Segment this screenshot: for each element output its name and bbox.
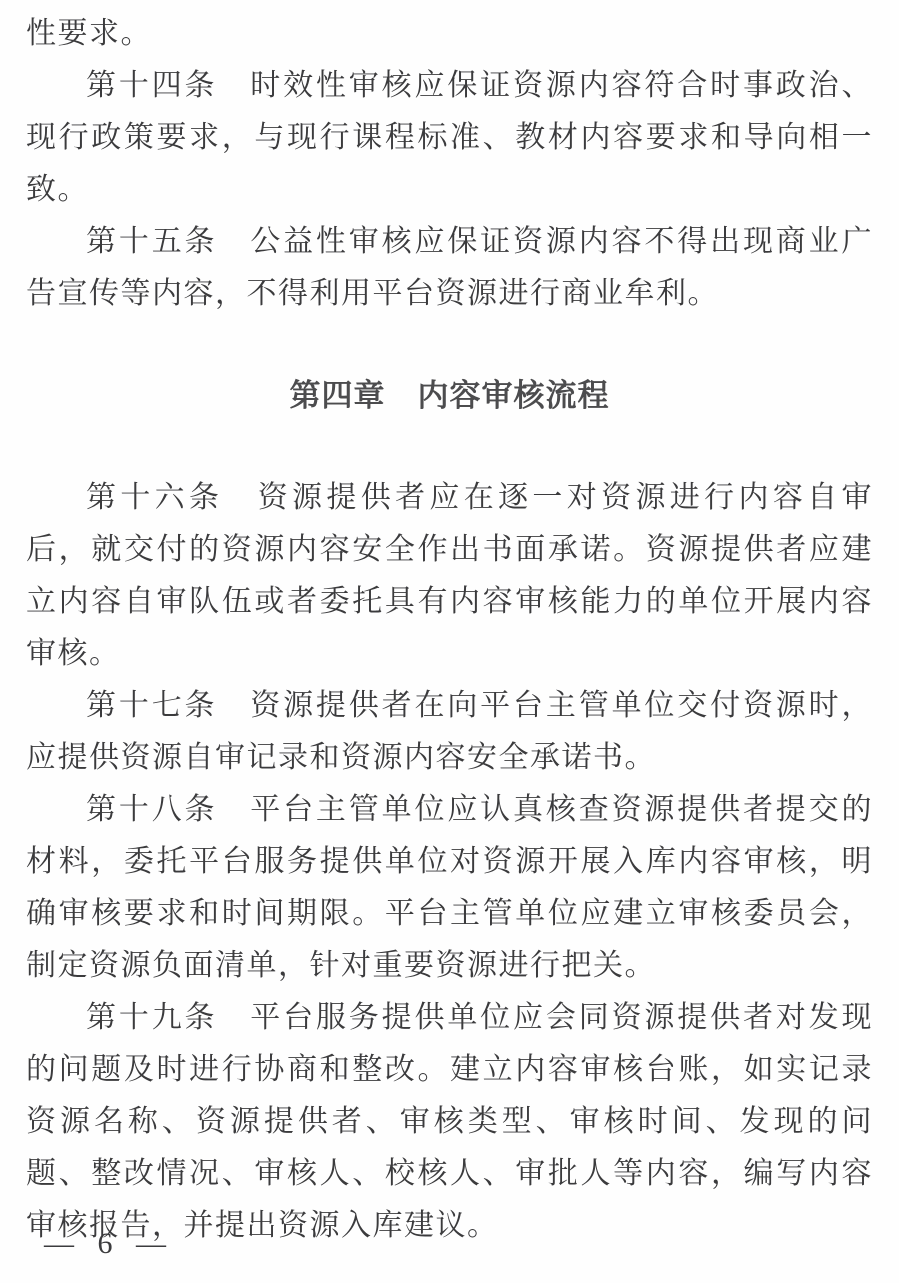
document-page: 性要求。第十四条 时效性审核应保证资源内容符合时事政治、现行政策要求，与现行课程… bbox=[0, 0, 899, 1283]
paragraph: 第十六条 资源提供者应在逐一对资源进行内容自审后，就交付的资源内容安全作出书面承… bbox=[26, 472, 873, 680]
paragraph: 第十八条 平台主管单位应认真核查资源提供者提交的材料，委托平台服务提供单位对资源… bbox=[26, 784, 873, 992]
paragraph: 第十四条 时效性审核应保证资源内容符合时事政治、现行政策要求，与现行课程标准、教… bbox=[26, 60, 873, 216]
paragraph: 第十九条 平台服务提供单位应会同资源提供者对发现的问题及时进行协商和整改。建立内… bbox=[26, 992, 873, 1252]
document-body: 性要求。第十四条 时效性审核应保证资源内容符合时事政治、现行政策要求，与现行课程… bbox=[26, 8, 873, 1252]
paragraph: 第十七条 资源提供者在向平台主管单位交付资源时，应提供资源自审记录和资源内容安全… bbox=[26, 680, 873, 784]
chapter-heading: 第四章 内容审核流程 bbox=[26, 370, 873, 422]
paragraph: 性要求。 bbox=[26, 8, 873, 60]
page-number: — 6 — bbox=[44, 1222, 174, 1266]
paragraph: 第十五条 公益性审核应保证资源内容不得出现商业广告宣传等内容，不得利用平台资源进… bbox=[26, 216, 873, 320]
